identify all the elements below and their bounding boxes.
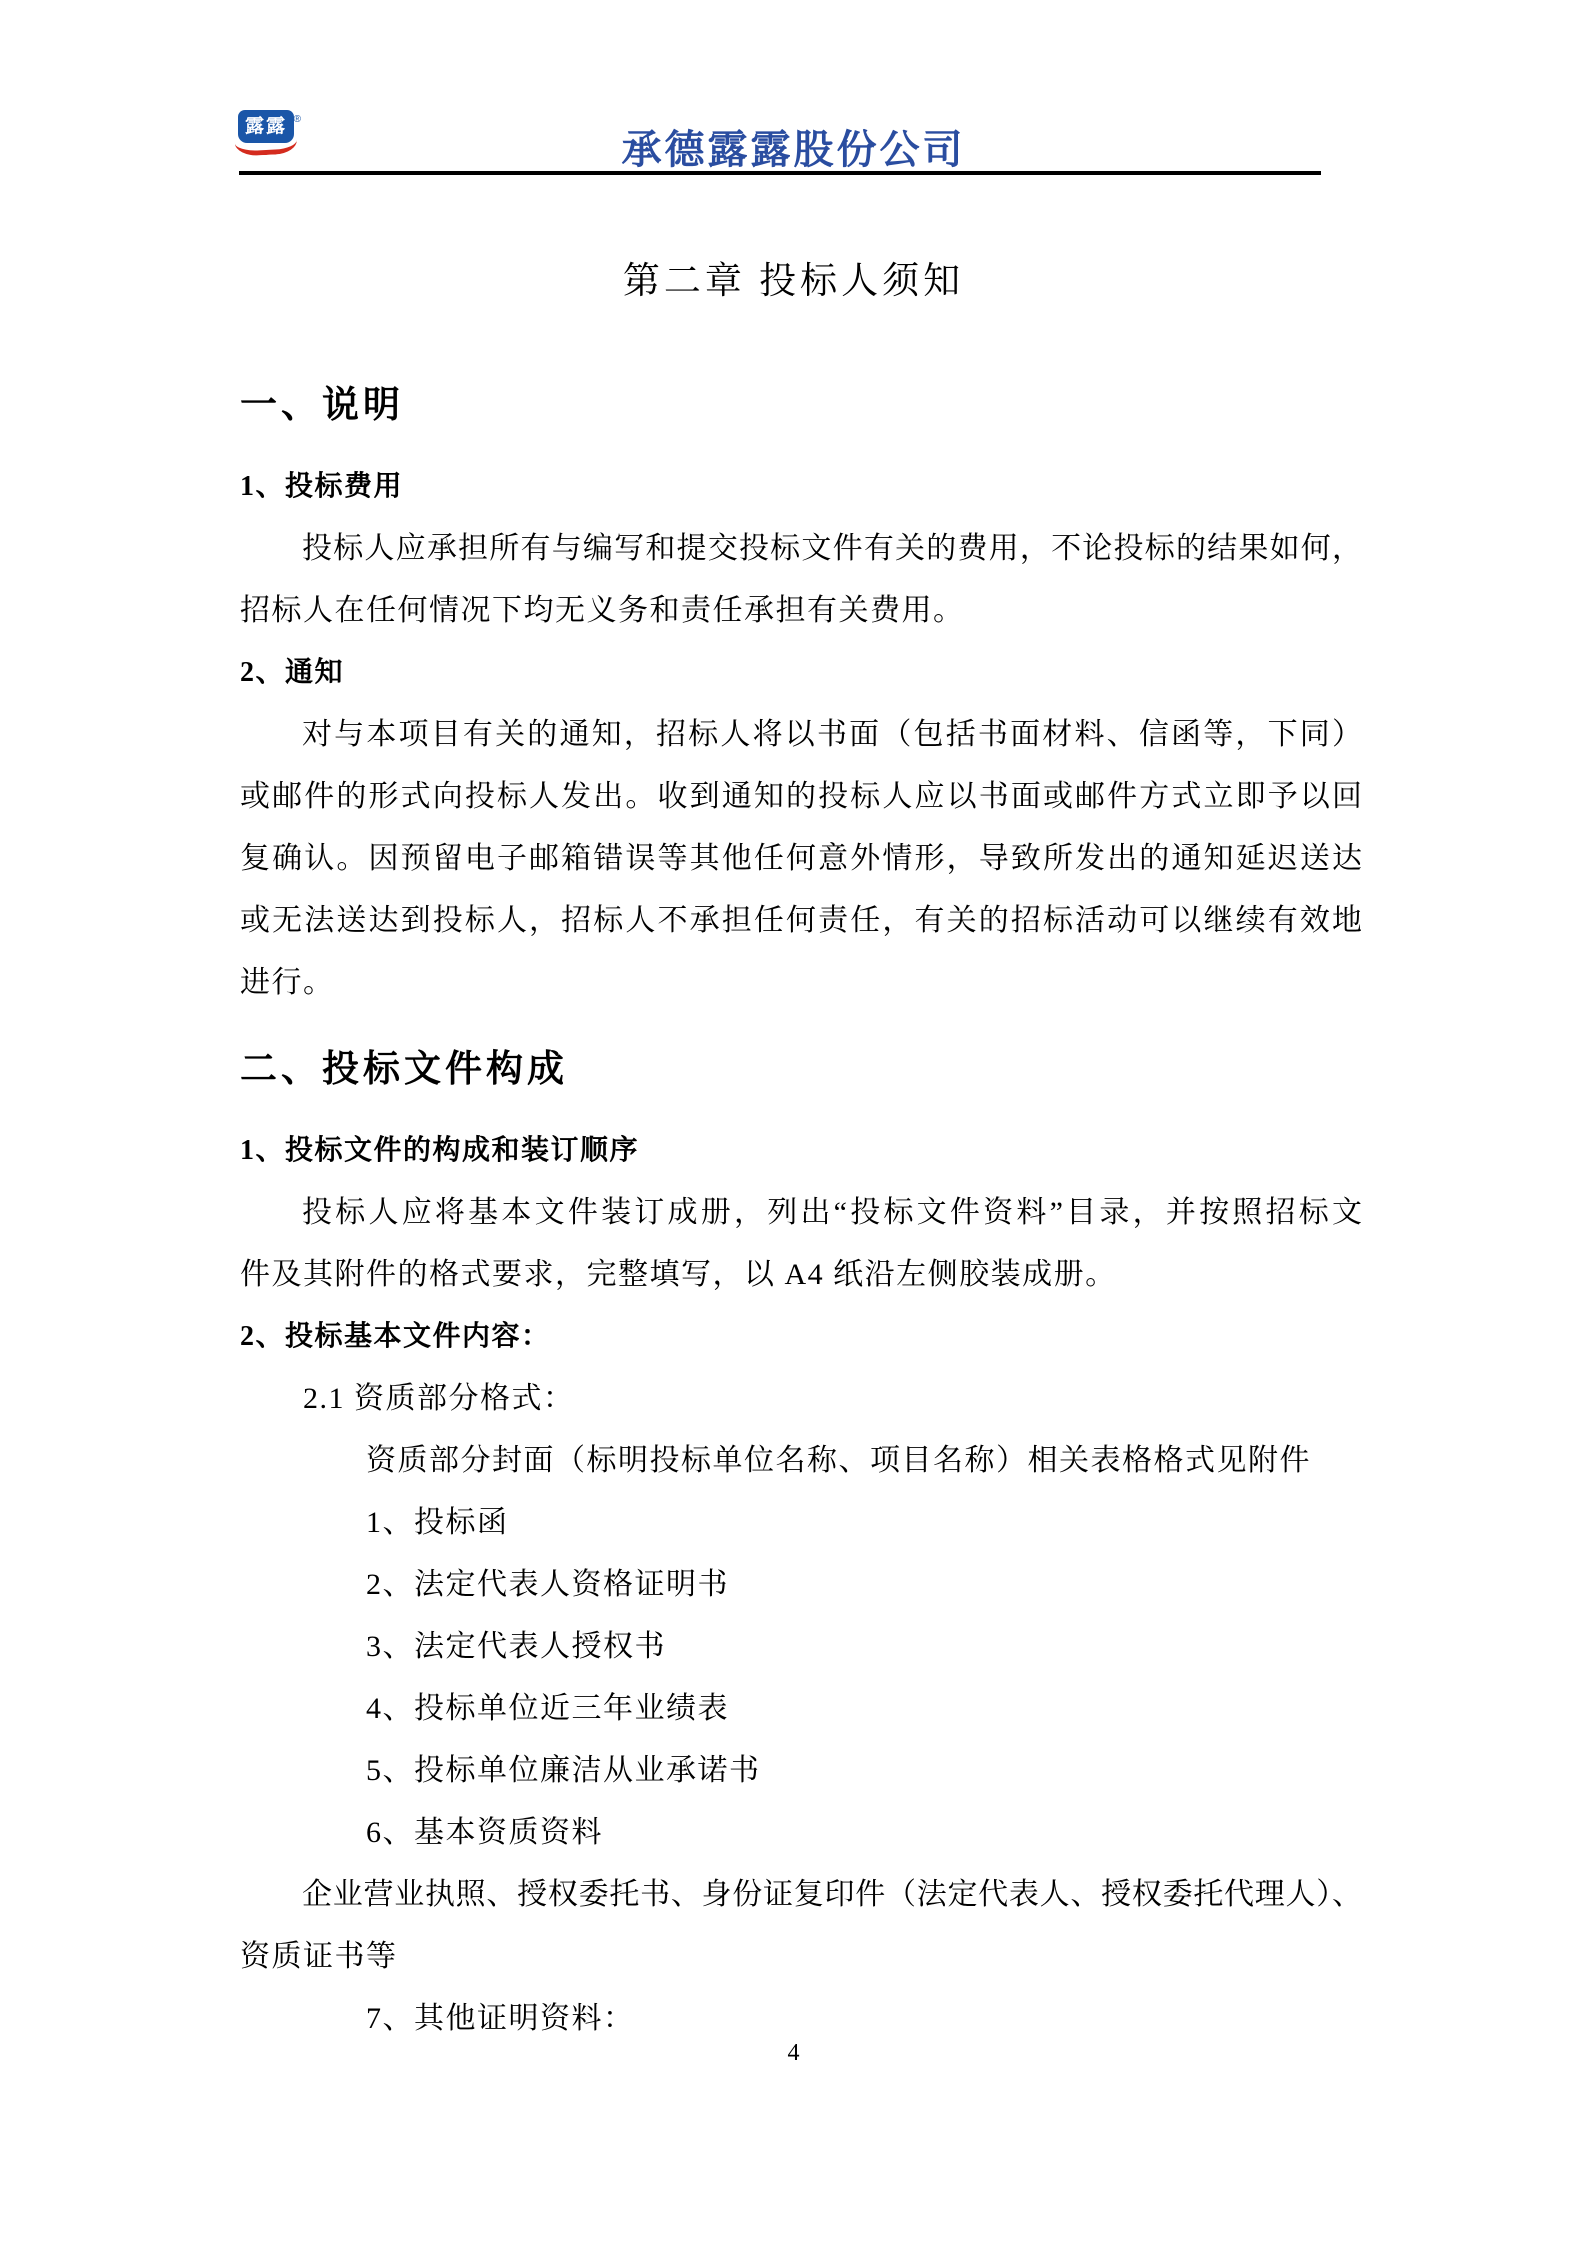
text-line: 投标人应承担所有与编写和提交投标文件有关的费用，不论投标的结果如何， bbox=[240, 518, 1362, 580]
text-line: 1、投标函 bbox=[240, 1492, 1362, 1554]
text-line: 或邮件的形式向投标人发出。收到通知的投标人应以书面或邮件方式立即予以回 bbox=[240, 766, 1362, 828]
sub-heading: 1、投标费用 bbox=[240, 456, 1362, 518]
text-line: 3、法定代表人授权书 bbox=[240, 1616, 1362, 1678]
page-number: 4 bbox=[788, 2040, 800, 2066]
page-footer: 4 bbox=[0, 2040, 1587, 2067]
text-line: 资质证书等 bbox=[240, 1926, 1362, 1988]
text-line: 投标人应将基本文件装订成册，列出“投标文件资料”目录，并按照招标文 bbox=[240, 1182, 1362, 1244]
text-line: 5、投标单位廉洁从业承诺书 bbox=[240, 1740, 1362, 1802]
text-line: 4、投标单位近三年业绩表 bbox=[240, 1678, 1362, 1740]
company-name: 承德露露股份公司 bbox=[0, 118, 1587, 175]
text-line: 或无法送达到投标人，招标人不承担任何责任，有关的招标活动可以继续有效地 bbox=[240, 890, 1362, 952]
header-rule bbox=[239, 171, 1321, 175]
sub-heading: 1、投标文件的构成和装订顺序 bbox=[240, 1120, 1362, 1182]
text-line: 资质部分封面（标明投标单位名称、项目名称）相关表格格式见附件 bbox=[240, 1430, 1362, 1492]
text-line: 件及其附件的格式要求，完整填写，以 A4 纸沿左侧胶装成册。 bbox=[240, 1244, 1362, 1306]
document-page: 露露 ® 承德露露股份公司 第二章 投标人须知 一、说明1、投标费用投标人应承担… bbox=[0, 0, 1587, 2245]
section-heading: 二、投标文件构成 bbox=[240, 1038, 1362, 1102]
text-line: 进行。 bbox=[240, 952, 1362, 1014]
sub-heading: 2、投标基本文件内容： bbox=[240, 1306, 1362, 1368]
section-heading: 一、说明 bbox=[240, 374, 1362, 438]
text-line: 对与本项目有关的通知，招标人将以书面（包括书面材料、信函等，下同） bbox=[240, 704, 1362, 766]
text-line: 2.1 资质部分格式： bbox=[240, 1368, 1362, 1430]
text-line: 6、基本资质资料 bbox=[240, 1802, 1362, 1864]
text-line: 2、法定代表人资格证明书 bbox=[240, 1554, 1362, 1616]
page-header: 露露 ® 承德露露股份公司 bbox=[0, 0, 1587, 180]
text-line: 复确认。因预留电子邮箱错误等其他任何意外情形，导致所发出的通知延迟送达 bbox=[240, 828, 1362, 890]
text-line: 招标人在任何情况下均无义务和责任承担有关费用。 bbox=[240, 580, 1362, 642]
document-body: 一、说明1、投标费用投标人应承担所有与编写和提交投标文件有关的费用，不论投标的结… bbox=[240, 330, 1362, 2050]
text-line: 企业营业执照、授权委托书、身份证复印件（法定代表人、授权委托代理人）、 bbox=[240, 1864, 1362, 1926]
chapter-title: 第二章 投标人须知 bbox=[0, 250, 1587, 304]
sub-heading: 2、通知 bbox=[240, 642, 1362, 704]
